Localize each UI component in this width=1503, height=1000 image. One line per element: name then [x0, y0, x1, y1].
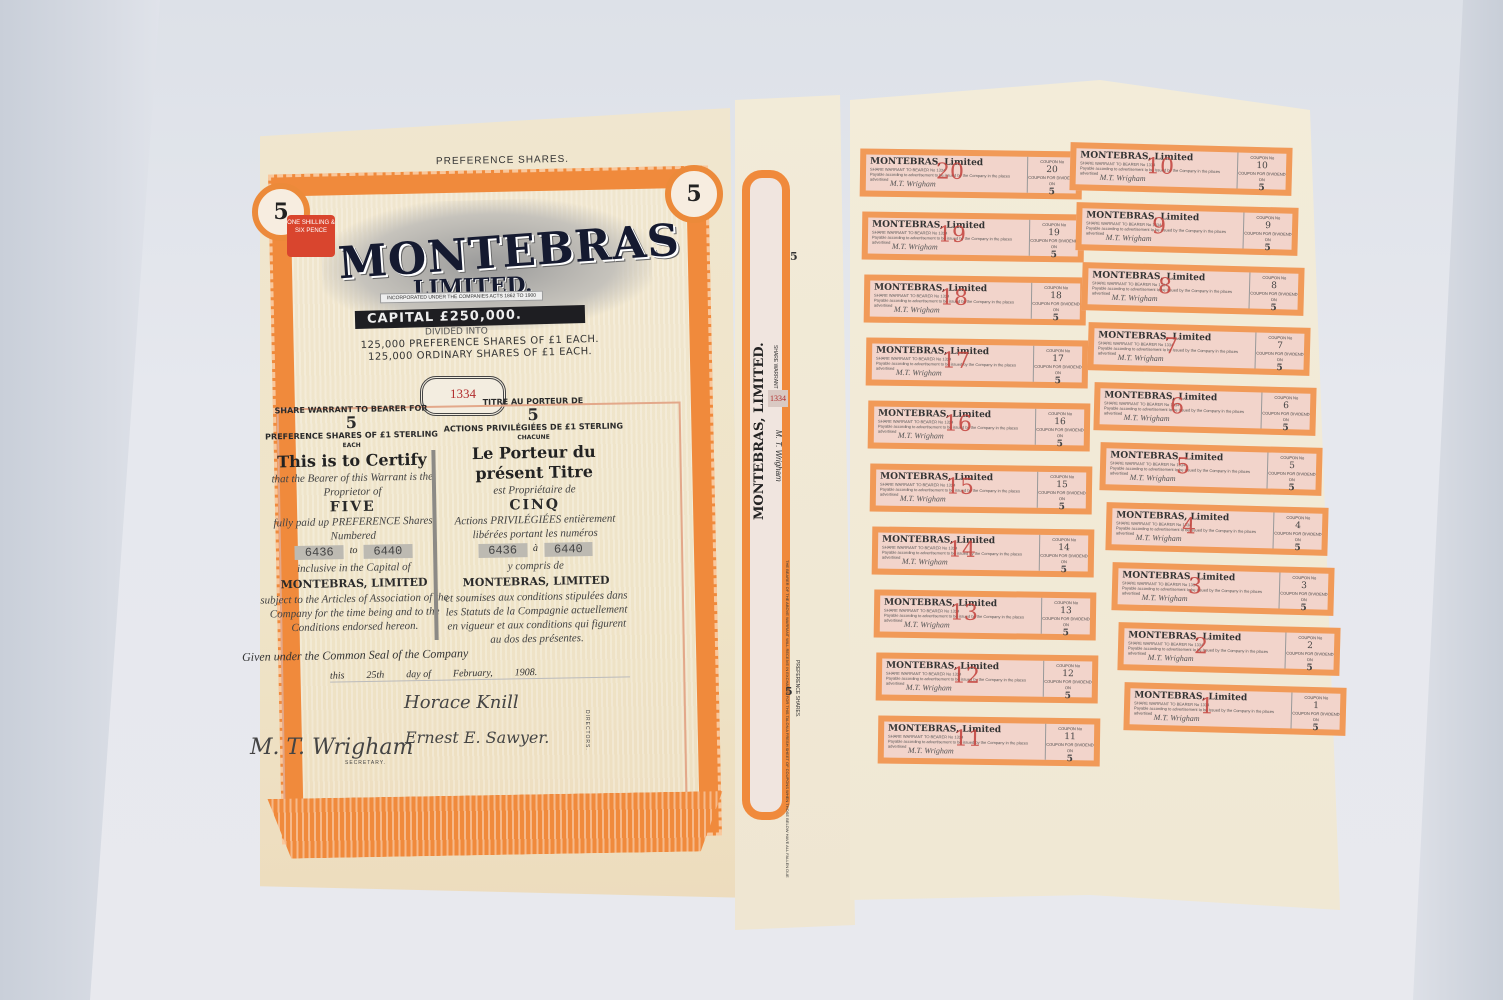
coupon-side-panel: COUPON No2COUPON FOR DIVIDEND ON5: [1285, 632, 1335, 669]
coupon: MONTEBRAS, LimitedSHARE WARRANT TO BEARE…: [878, 715, 1101, 766]
coupon-dividend-label: COUPON FOR DIVIDEND ON: [1044, 679, 1092, 692]
coupon-signature: M.T. Wrigham: [1124, 413, 1170, 423]
date-this: this: [330, 670, 345, 681]
coupon-number: 19: [1030, 228, 1078, 239]
french-share-range: 6436 à 6440: [440, 541, 630, 558]
coupon-side-panel: COUPON No10COUPON FOR DIVIDEND ON5: [1237, 152, 1287, 189]
english-share-range: 6436 to 6440: [258, 543, 448, 560]
coupon-shares: 5: [1040, 565, 1088, 576]
coupon-signature: M.T. Wrigham: [1100, 173, 1146, 183]
coupon-body: MONTEBRAS, LimitedSHARE WARRANT TO BEARE…: [874, 407, 1035, 445]
english-subject: subject to the Articles of Association o…: [259, 590, 450, 635]
coupon-shares: 5: [1046, 754, 1094, 765]
coupon-shares: 5: [1237, 182, 1285, 193]
french-fully-paid: Actions PRIVILÉGIÉES entièrement libérée…: [440, 511, 630, 542]
english-text-column: SHARE WARRANT TO BEARER FOR 5 PREFERENCE…: [256, 403, 450, 635]
coupon: MONTEBRAS, LimitedSHARE WARRANT TO BEARE…: [872, 526, 1095, 577]
coupon: MONTEBRAS, LimitedSHARE WARRANT TO BEARE…: [1105, 502, 1328, 556]
english-company: MONTEBRAS, LIMITED: [259, 575, 449, 591]
revenue-stamp: ONE SHILLING & SIX PENCE: [287, 215, 335, 257]
coupon-number: 14: [1040, 543, 1088, 554]
coupon-shares: 5: [1279, 602, 1327, 613]
date-year: 1908.: [515, 667, 538, 678]
coupon-signature: M.T. Wrigham: [894, 305, 940, 315]
backdrop-left: [0, 0, 160, 1000]
coupon-side-panel: COUPON No17COUPON FOR DIVIDEND ON5: [1033, 346, 1082, 383]
coupon-number: 15: [1038, 480, 1086, 491]
coupon-stamped-number: 6: [1170, 394, 1185, 419]
coupon-signature: M.T. Wrigham: [1106, 233, 1152, 243]
coupon-dividend-label: COUPON FOR DIVIDEND ON: [1032, 301, 1080, 314]
english-fully-paid: fully paid up PREFERENCE Shares Numbered: [258, 513, 448, 544]
coupon-dividend-label: COUPON FOR DIVIDEND ON: [1040, 553, 1088, 566]
coupon-signature: M.T. Wrigham: [898, 431, 944, 441]
coupon-shares: 5: [1243, 242, 1291, 253]
secretary-signature: M. T. Wrigham: [250, 735, 413, 760]
english-certify-rest: that the Bearer of this Warrant is the P…: [257, 469, 447, 500]
coupon: MONTEBRAS, LimitedSHARE WARRANT TO BEARE…: [1069, 142, 1292, 196]
coupon-body: MONTEBRAS, LimitedSHARE WARRANT TO BEARE…: [1082, 208, 1244, 248]
coupon-dividend-label: COUPON FOR DIVIDEND ON: [1030, 238, 1078, 251]
french-text-column: TITRE AU PORTEUR DE 5 ACTIONS PRIVILÉGIÉ…: [438, 395, 632, 647]
coupon-side-panel: COUPON No4COUPON FOR DIVIDEND ON5: [1273, 512, 1323, 549]
coupon-signature: M.T. Wrigham: [1142, 593, 1188, 603]
coupon-number: 17: [1034, 354, 1082, 365]
coupon-side-panel: COUPON No14COUPON FOR DIVIDEND ON5: [1039, 535, 1088, 572]
coupon-signature: M.T. Wrigham: [908, 746, 954, 756]
coupon: MONTEBRAS, LimitedSHARE WARRANT TO BEARE…: [1117, 622, 1340, 676]
counterfoil-warrant-label: SHARE WARRANT No: [772, 345, 778, 396]
coupon-stamped-number: 5: [1176, 454, 1191, 479]
coupon-stamped-number: 2: [1194, 634, 1209, 659]
coupon-body: MONTEBRAS, LimitedSHARE WARRANT TO BEARE…: [876, 470, 1037, 508]
coupon-side-panel: COUPON No11COUPON FOR DIVIDEND ON5: [1045, 724, 1094, 761]
coupon-signature: M.T. Wrigham: [904, 620, 950, 630]
coupon-shares: 5: [1273, 542, 1321, 553]
coupon-dividend-label: COUPON FOR DIVIDEND ON: [1036, 427, 1084, 440]
counterfoil-denomination-label: PREFERENCE SHARES.: [794, 660, 800, 718]
coupon-body: MONTEBRAS, LimitedSHARE WARRANT TO BEARE…: [1088, 268, 1250, 308]
coupon-signature: M.T. Wrigham: [902, 557, 948, 567]
french-range-from: 6436: [478, 543, 527, 558]
coupon-signature: M.T. Wrigham: [1148, 653, 1194, 663]
coupon: MONTEBRAS, LimitedSHARE WARRANT TO BEARE…: [864, 274, 1087, 325]
coupon-stamped-number: 16: [944, 412, 972, 437]
coupon-signature: M.T. Wrigham: [906, 683, 952, 693]
coupon-signature: M.T. Wrigham: [900, 494, 946, 504]
coupon-body: MONTEBRAS, LimitedSHARE WARRANT TO BEARE…: [880, 596, 1041, 634]
english-range-to: 6440: [363, 544, 412, 559]
coupon-body: MONTEBRAS, LimitedSHARE WARRANT TO BEARE…: [1118, 568, 1280, 608]
english-range-sep: to: [350, 545, 358, 559]
coupon-side-panel: COUPON No8COUPON FOR DIVIDEND ON5: [1249, 272, 1299, 309]
french-range-sep: à: [533, 543, 538, 557]
french-subject: et soumises aux conditions stipulées dan…: [441, 588, 632, 647]
coupon-shares: 5: [1034, 376, 1082, 387]
certificate-bottom-ornament: [268, 791, 724, 859]
director-signature-1: Horace Knill: [404, 692, 519, 713]
coupon-dividend-label: COUPON FOR DIVIDEND ON: [1034, 364, 1082, 377]
coupon-stamped-number: 3: [1188, 574, 1203, 599]
coupon-side-panel: COUPON No13COUPON FOR DIVIDEND ON5: [1041, 598, 1090, 635]
coupon-shares: 5: [1267, 482, 1315, 493]
coupon-stamped-number: 7: [1164, 334, 1179, 359]
coupon-side-panel: COUPON No15COUPON FOR DIVIDEND ON5: [1037, 472, 1086, 509]
coupon-stamped-number: 18: [940, 286, 968, 311]
french-company: MONTEBRAS, LIMITED: [441, 573, 631, 589]
coupon: MONTEBRAS, LimitedSHARE WARRANT TO BEARE…: [1099, 442, 1322, 496]
coupon-number: 12: [1044, 669, 1092, 680]
coupon-side-panel: COUPON No7COUPON FOR DIVIDEND ON5: [1255, 332, 1305, 369]
coupon-body: MONTEBRAS, LimitedSHARE WARRANT TO BEARE…: [1094, 328, 1256, 368]
counterfoil-notice: THE BEARER OF THE ABOVE WARRANT WILL REC…: [785, 560, 790, 878]
coupon: MONTEBRAS, LimitedSHARE WARRANT TO BEARE…: [1111, 562, 1334, 616]
coupon-body: MONTEBRAS, LimitedSHARE WARRANT TO BEARE…: [882, 659, 1043, 697]
counterfoil-denomination-top: 5: [790, 250, 798, 263]
coupon-signature: M.T. Wrigham: [1118, 353, 1164, 363]
coupon-body: MONTEBRAS, LimitedSHARE WARRANT TO BEARE…: [1124, 628, 1286, 668]
coupon-signature: M.T. Wrigham: [892, 242, 938, 252]
coupon-body: MONTEBRAS, LimitedSHARE WARRANT TO BEARE…: [872, 344, 1033, 382]
coupon-stamped-number: 11: [954, 727, 982, 752]
coupon: MONTEBRAS, LimitedSHARE WARRANT TO BEARE…: [860, 148, 1083, 199]
backdrop-right: [1413, 0, 1503, 1000]
coupon: MONTEBRAS, LimitedSHARE WARRANT TO BEARE…: [1075, 202, 1298, 256]
director-signature-2: Ernest E. Sawyer.: [405, 728, 549, 747]
english-range-from: 6436: [295, 545, 344, 560]
coupon-side-panel: COUPON No9COUPON FOR DIVIDEND ON5: [1243, 212, 1293, 249]
coupon: MONTEBRAS, LimitedSHARE WARRANT TO BEARE…: [866, 337, 1089, 388]
date-day-of: day of: [406, 669, 431, 680]
coupon-shares: 5: [1261, 422, 1309, 433]
coupon-body: MONTEBRAS, LimitedSHARE WARRANT TO BEARE…: [868, 218, 1029, 256]
coupon-stamped-number: 15: [946, 475, 974, 500]
coupon: MONTEBRAS, LimitedSHARE WARRANT TO BEARE…: [874, 589, 1097, 640]
divided-into-label: DIVIDED INTO: [425, 326, 488, 337]
coupon-shares: 5: [1255, 362, 1303, 373]
certificate-header: PREFERENCE SHARES.: [436, 154, 569, 167]
counterfoil-signature: M. T. Wrigham: [774, 430, 783, 482]
coupon-body: MONTEBRAS, LimitedSHARE WARRANT TO BEARE…: [1100, 388, 1262, 428]
coupon: MONTEBRAS, LimitedSHARE WARRANT TO BEARE…: [876, 652, 1099, 703]
coupon-side-panel: COUPON No6COUPON FOR DIVIDEND ON5: [1261, 392, 1311, 429]
coupon-body: MONTEBRAS, LimitedSHARE WARRANT TO BEARE…: [1106, 448, 1268, 488]
coupon-body: MONTEBRAS, LimitedSHARE WARRANT TO BEARE…: [1076, 148, 1238, 188]
counterfoil-title: MONTEBRAS, LIMITED.: [752, 342, 767, 520]
coupon-dividend-label: COUPON FOR DIVIDEND ON: [1038, 490, 1086, 503]
french-inclusive: y compris de: [441, 557, 631, 574]
coupon-stamped-number: 4: [1182, 514, 1197, 539]
date-month: February,: [453, 668, 493, 680]
coupon-stamped-number: 8: [1158, 274, 1173, 299]
coupon-shares: 5: [1036, 439, 1084, 450]
coupon-stamped-number: 19: [938, 223, 966, 248]
coupon: MONTEBRAS, LimitedSHARE WARRANT TO BEARE…: [1123, 682, 1346, 736]
coupon-side-panel: COUPON No5COUPON FOR DIVIDEND ON5: [1267, 452, 1317, 489]
coupon: MONTEBRAS, LimitedSHARE WARRANT TO BEARE…: [1093, 382, 1316, 436]
coupon-side-panel: COUPON No1COUPON FOR DIVIDEND ON5: [1291, 692, 1341, 729]
coupon-body: MONTEBRAS, LimitedSHARE WARRANT TO BEARE…: [884, 722, 1045, 760]
french-certify: Le Porteur du présent Titre: [439, 441, 630, 484]
coupon-dividend-label: COUPON FOR DIVIDEND ON: [1042, 616, 1090, 629]
coupon-shares: 5: [1038, 502, 1086, 513]
coupon-body: MONTEBRAS, LimitedSHARE WARRANT TO BEARE…: [878, 533, 1039, 571]
coupon-stamped-number: 14: [948, 538, 976, 563]
coupon-body: MONTEBRAS, LimitedSHARE WARRANT TO BEARE…: [1112, 508, 1274, 548]
directors-label: DIRECTORS.: [584, 710, 590, 751]
coupon-shares: 5: [1030, 250, 1078, 261]
coupon-stamped-number: 1: [1200, 694, 1215, 719]
french-range-to: 6440: [544, 542, 593, 557]
coupon-number: 13: [1042, 606, 1090, 617]
coupon-shares: 5: [1249, 302, 1297, 313]
coupon-signature: M.T. Wrigham: [890, 179, 936, 189]
english-inclusive: inclusive in the Capital of: [259, 559, 449, 576]
coupon: MONTEBRAS, LimitedSHARE WARRANT TO BEARE…: [1081, 262, 1304, 316]
coupon: MONTEBRAS, LimitedSHARE WARRANT TO BEARE…: [862, 211, 1085, 262]
coupon-side-panel: COUPON No12COUPON FOR DIVIDEND ON5: [1043, 661, 1092, 698]
coupon: MONTEBRAS, LimitedSHARE WARRANT TO BEARE…: [868, 400, 1091, 451]
coupon-signature: M.T. Wrigham: [1112, 293, 1158, 303]
coupon-signature: M.T. Wrigham: [1154, 713, 1200, 723]
coupon-stamped-number: 13: [950, 601, 978, 626]
coupon-stamped-number: 12: [952, 664, 980, 689]
coupon-number: 16: [1036, 417, 1084, 428]
coupon-side-panel: COUPON No18COUPON FOR DIVIDEND ON5: [1031, 283, 1080, 320]
coupon-side-panel: COUPON No16COUPON FOR DIVIDEND ON5: [1035, 409, 1084, 446]
coupon-shares: 5: [1291, 722, 1339, 733]
coupon-stamped-number: 17: [942, 349, 970, 374]
coupon-side-panel: COUPON No3COUPON FOR DIVIDEND ON5: [1279, 572, 1329, 609]
coupon: MONTEBRAS, LimitedSHARE WARRANT TO BEARE…: [870, 463, 1093, 514]
coupon-stamped-number: 20: [936, 160, 964, 185]
coupon-shares: 5: [1044, 691, 1092, 702]
coupon-side-panel: COUPON No19COUPON FOR DIVIDEND ON5: [1029, 220, 1078, 257]
coupon-dividend-label: COUPON FOR DIVIDEND ON: [1046, 742, 1094, 755]
coupon-shares: 5: [1042, 628, 1090, 639]
coupon-shares: 5: [1285, 662, 1333, 673]
coupon-signature: M.T. Wrigham: [1136, 533, 1182, 543]
coupon-body: MONTEBRAS, LimitedSHARE WARRANT TO BEARE…: [870, 281, 1031, 319]
coupon-body: MONTEBRAS, LimitedSHARE WARRANT TO BEARE…: [1130, 688, 1292, 728]
coupon-stamped-number: 10: [1146, 154, 1175, 180]
coupon-shares: 5: [1032, 313, 1080, 324]
coupon-signature: M.T. Wrigham: [1130, 473, 1176, 483]
coupon-body: MONTEBRAS, LimitedSHARE WARRANT TO BEARE…: [866, 155, 1027, 193]
counterfoil-warrant-number: 1334: [768, 390, 788, 407]
coupon-number: 18: [1032, 291, 1080, 302]
coupon-number: 11: [1046, 732, 1094, 743]
coupon-stamped-number: 9: [1152, 214, 1167, 239]
date-day: 25th: [366, 670, 384, 681]
secretary-label: SECRETARY.: [345, 760, 386, 766]
coupon-signature: M.T. Wrigham: [896, 368, 942, 378]
coupon: MONTEBRAS, LimitedSHARE WARRANT TO BEARE…: [1087, 322, 1310, 376]
